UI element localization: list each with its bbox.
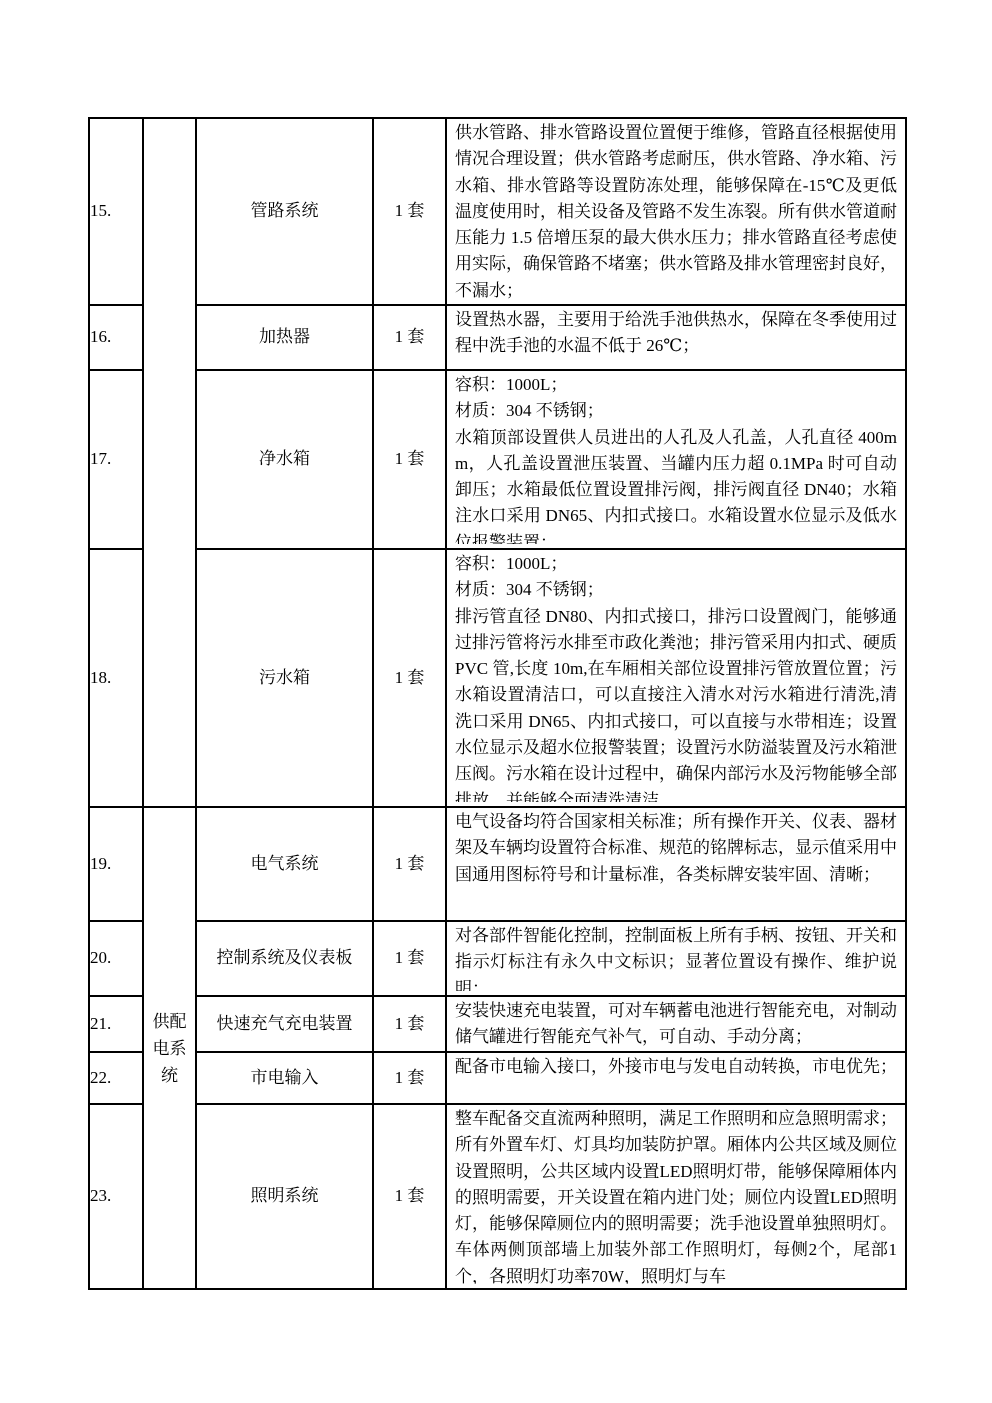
description-cell: 整车配备交直流两种照明，满足工作照明和应急照明需求；所有外置车灯、灯具均加装防护… bbox=[446, 1104, 906, 1289]
description-text: 设置热水器，主要用于给洗手池供热水，保障在冬季使用过程中洗手池的水温不低于 26… bbox=[447, 306, 905, 365]
item-name-cell: 照明系统 bbox=[196, 1104, 373, 1289]
quantity-cell: 1 套 bbox=[373, 921, 446, 996]
description-cell: 供水管路、排水管路设置位置便于维修，管路直径根据使用情况合理设置；供水管路考虑耐… bbox=[446, 118, 906, 305]
row-number-cell: 19. bbox=[89, 807, 143, 921]
description-text: 安装快速充电装置，可对车辆蓄电池进行智能充电，对制动储气罐进行智能充气补气，可自… bbox=[447, 997, 905, 1048]
description-text: 供水管路、排水管路设置位置便于维修，管路直径根据使用情况合理设置；供水管路考虑耐… bbox=[447, 119, 905, 300]
description-text: 电气设备均符合国家相关标准；所有操作开关、仪表、器材架及车辆均设置符合标准、规范… bbox=[447, 808, 905, 916]
item-name-cell: 污水箱 bbox=[196, 549, 373, 807]
category-cell bbox=[143, 118, 196, 807]
quantity-cell: 1 套 bbox=[373, 996, 446, 1052]
item-name-cell: 快速充气充电装置 bbox=[196, 996, 373, 1052]
row-number-cell: 17. bbox=[89, 370, 143, 549]
table-row: 16. 加热器 1 套 设置热水器，主要用于给洗手池供热水，保障在冬季使用过程中… bbox=[89, 305, 906, 370]
description-cell: 对各部件智能化控制，控制面板上所有手柄、按钮、开关和指示灯标注有永久中文标识；显… bbox=[446, 921, 906, 996]
description-cell: 安装快速充电装置，可对车辆蓄电池进行智能充电，对制动储气罐进行智能充气补气，可自… bbox=[446, 996, 906, 1052]
row-number-cell: 16. bbox=[89, 305, 143, 370]
document-page: 15. 管路系统 1 套 供水管路、排水管路设置位置便于维修，管路直径根据使用情… bbox=[0, 0, 992, 1403]
description-cell: 容积：1000L； 材质：304 不锈钢； 水箱顶部设置供人员进出的人孔及人孔盖… bbox=[446, 370, 906, 549]
table-row: 19. 供配电系统 电气系统 1 套 电气设备均符合国家相关标准；所有操作开关、… bbox=[89, 807, 906, 921]
row-number-cell: 18. bbox=[89, 549, 143, 807]
item-name-cell: 管路系统 bbox=[196, 118, 373, 305]
quantity-cell: 1 套 bbox=[373, 118, 446, 305]
item-name-cell: 加热器 bbox=[196, 305, 373, 370]
table-row: 23. 照明系统 1 套 整车配备交直流两种照明，满足工作照明和应急照明需求；所… bbox=[89, 1104, 906, 1289]
description-text: 容积：1000L； 材质：304 不锈钢； 排污管直径 DN80、内扣式接口，排… bbox=[447, 550, 905, 802]
spec-table: 15. 管路系统 1 套 供水管路、排水管路设置位置便于维修，管路直径根据使用情… bbox=[88, 117, 907, 1290]
row-number-cell: 15. bbox=[89, 118, 143, 305]
description-cell: 容积：1000L； 材质：304 不锈钢； 排污管直径 DN80、内扣式接口，排… bbox=[446, 549, 906, 807]
item-name-cell: 净水箱 bbox=[196, 370, 373, 549]
table-row: 15. 管路系统 1 套 供水管路、排水管路设置位置便于维修，管路直径根据使用情… bbox=[89, 118, 906, 305]
row-number-cell: 20. bbox=[89, 921, 143, 996]
description-text: 容积：1000L； 材质：304 不锈钢； 水箱顶部设置供人员进出的人孔及人孔盖… bbox=[447, 371, 905, 544]
table-row: 22. 市电输入 1 套 配备市电输入接口，外接市电与发电自动转换，市电优先； bbox=[89, 1052, 906, 1104]
item-name-cell: 市电输入 bbox=[196, 1052, 373, 1104]
category-cell: 供配电系统 bbox=[143, 807, 196, 1289]
table-row: 21. 快速充气充电装置 1 套 安装快速充电装置，可对车辆蓄电池进行智能充电，… bbox=[89, 996, 906, 1052]
table-row: 17. 净水箱 1 套 容积：1000L； 材质：304 不锈钢； 水箱顶部设置… bbox=[89, 370, 906, 549]
description-text: 整车配备交直流两种照明，满足工作照明和应急照明需求；所有外置车灯、灯具均加装防护… bbox=[447, 1105, 905, 1284]
row-number-cell: 23. bbox=[89, 1104, 143, 1289]
description-text: 配备市电输入接口，外接市电与发电自动转换，市电优先； bbox=[447, 1053, 905, 1100]
category-label: 供配电系统 bbox=[150, 1008, 190, 1089]
row-number-cell: 22. bbox=[89, 1052, 143, 1104]
description-cell: 配备市电输入接口，外接市电与发电自动转换，市电优先； bbox=[446, 1052, 906, 1104]
row-number-cell: 21. bbox=[89, 996, 143, 1052]
quantity-cell: 1 套 bbox=[373, 1104, 446, 1289]
quantity-cell: 1 套 bbox=[373, 1052, 446, 1104]
quantity-cell: 1 套 bbox=[373, 370, 446, 549]
description-cell: 电气设备均符合国家相关标准；所有操作开关、仪表、器材架及车辆均设置符合标准、规范… bbox=[446, 807, 906, 921]
table-row: 20. 控制系统及仪表板 1 套 对各部件智能化控制，控制面板上所有手柄、按钮、… bbox=[89, 921, 906, 996]
quantity-cell: 1 套 bbox=[373, 305, 446, 370]
quantity-cell: 1 套 bbox=[373, 549, 446, 807]
description-text: 对各部件智能化控制，控制面板上所有手柄、按钮、开关和指示灯标注有永久中文标识；显… bbox=[447, 922, 905, 991]
item-name-cell: 控制系统及仪表板 bbox=[196, 921, 373, 996]
item-name-cell: 电气系统 bbox=[196, 807, 373, 921]
table-row: 18. 污水箱 1 套 容积：1000L； 材质：304 不锈钢； 排污管直径 … bbox=[89, 549, 906, 807]
description-cell: 设置热水器，主要用于给洗手池供热水，保障在冬季使用过程中洗手池的水温不低于 26… bbox=[446, 305, 906, 370]
quantity-cell: 1 套 bbox=[373, 807, 446, 921]
